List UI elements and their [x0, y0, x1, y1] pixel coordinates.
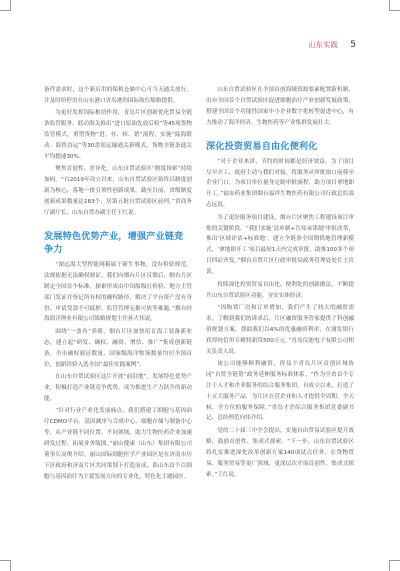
crop-mark-bottom-right	[389, 560, 400, 571]
left-column: 备件需求时，这个新启用的保税仓储中心可当天通关放行，并及时给停泊在山东港口青岛港…	[44, 85, 192, 484]
paragraph: 在山东自贸试验区这片开放“前沿地”，发展特色优势产业，积极打造产业链竞争优势，成…	[44, 372, 192, 405]
paragraph: 为更好发挥国际枢纽作用，青岛片区创新优化贸易全链条监管服务，联动海关推出“进口原…	[44, 108, 192, 163]
paragraph: “针对行业产业化发展痛点，我们搭建了细胞与基因治疗CDMO平台、基因测序与合成中…	[44, 406, 192, 482]
page-number: 5	[350, 40, 356, 50]
crop-mark-bottom-left	[0, 560, 11, 571]
section-heading: 深化投资贸易自由化便利化	[206, 140, 354, 153]
running-head: 山东实践 5	[308, 40, 356, 50]
paragraph: “深远海大型智能网箱属于新生事物，没有检验规范、法规依据无法确权颁证。我们向烟台…	[44, 260, 192, 325]
crop-mark-top-left	[0, 0, 11, 11]
paragraph: 党的二十届三中全会提出，实施自由贸易试验区提升战略，鼓励首创性、集成式探索。“下…	[206, 426, 354, 481]
section-name: 山东实践	[308, 40, 338, 50]
paragraph: 持续深化投资贸易自由化、便利化的创新做法，不断提升山东自贸试验区功能，夯实实体经…	[206, 280, 354, 302]
paragraph: “对于企业来讲，节约的时间都是经济效益。为了项目尽早开工，政府主动与我们对接，将…	[206, 157, 354, 212]
paragraph: 该公司能够顺利融资，得益于青岛片区首创区域协同“自贸全链帮”政务延伸服务标准体系…	[206, 359, 354, 424]
paragraph: 备件需求时，这个新启用的保税仓储中心可当天通关放行，并及时给停泊在山东港口青岛港…	[44, 85, 192, 107]
paragraph: 围绕“一条鱼”养殖，烟台片区加快培育海工装备新业态，建立起“研发、确权、融资、增…	[44, 327, 192, 371]
section-heading: 发展特色优势产业，增强产业链竞争力	[44, 230, 192, 256]
paragraph: “因购置厂房和订单增加，我们产生了较大的融资需求。了解到我们的诉求后，片区融资服…	[206, 303, 354, 358]
paragraph: 聚焦首创性、差异化，山东自贸试验区“制度探索”持续加码。“自2019年设立以来，…	[44, 164, 192, 219]
right-column: 山东自贸试验区在全国首创海域资源要素配置新机制，出台全国首个自贸试验区促进细胞治…	[206, 85, 354, 482]
paragraph: 山东自贸试验区在全国首创海域资源要素配置新机制，出台全国首个自贸试验区促进细胞治…	[206, 85, 354, 129]
paragraph: 为了更好服务项目建设，烟台片区聚焦工程建设项目审批的关键阶段。“我们实施‘清单制…	[206, 213, 354, 278]
crop-mark-top-right	[389, 0, 400, 11]
